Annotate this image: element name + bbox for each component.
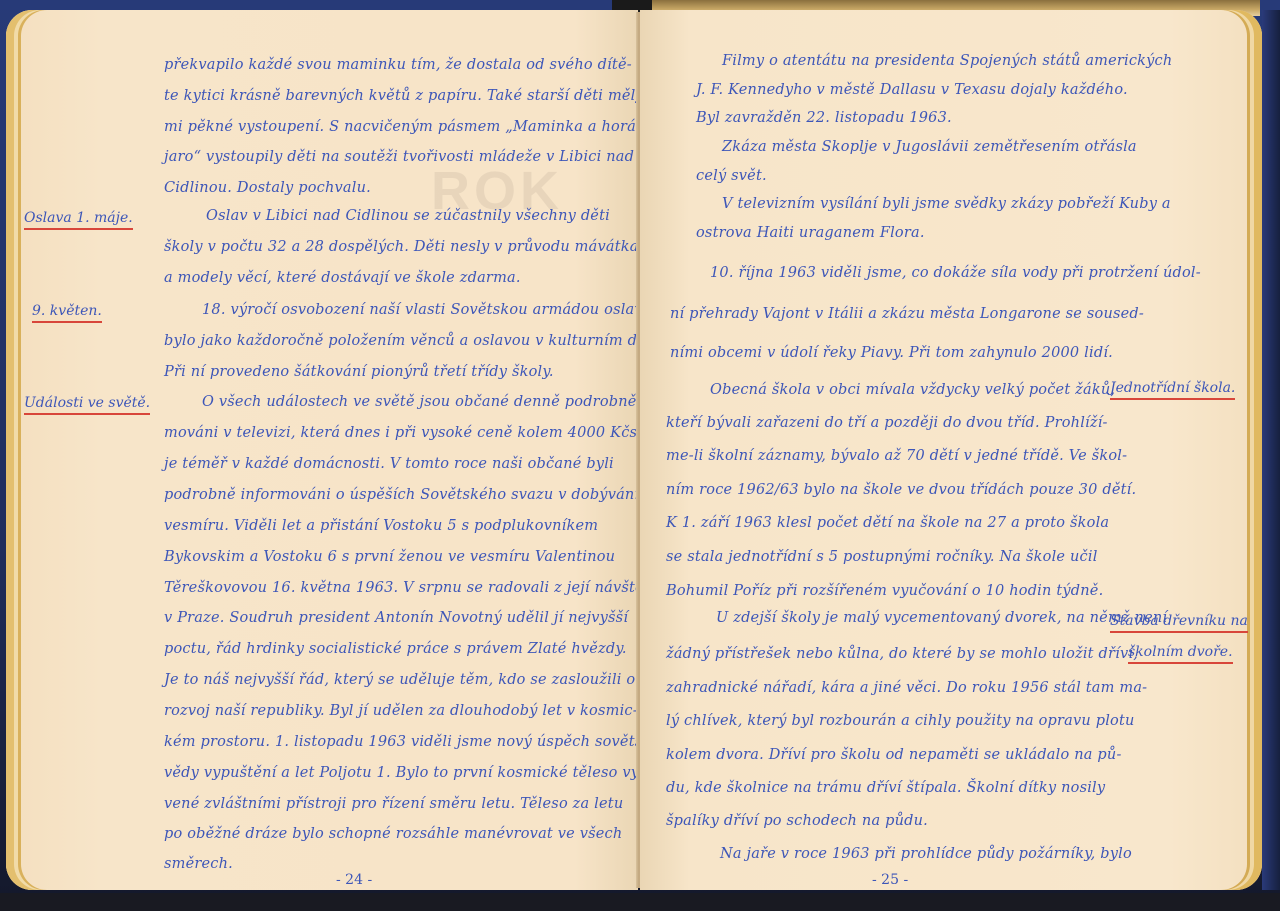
- text-line: Zkáza města Skoplje v Jugoslávii zemětře…: [722, 139, 1137, 155]
- text-line: lý chlívek, který byl rozbourán a cihly …: [666, 713, 1135, 729]
- text-line: poctu, řád hrdinky socialistické práce s…: [164, 641, 627, 657]
- text-line: kteří bývali zařazeni do tří a později d…: [666, 415, 1108, 431]
- text-line: Při ní provedeno šátkování pionýrů třetí…: [164, 364, 554, 380]
- margin-note-stavba-drevniku: Stavba dřevníku na: [1110, 613, 1248, 633]
- page-number: - 25 -: [872, 872, 908, 888]
- text-line: ní přehrady Vajont v Itálii a zkázu měst…: [670, 306, 1144, 322]
- text-line: rozvoj naší republiky. Byl jí udělen za …: [164, 703, 638, 719]
- text-line: V televizním vysílání byli jsme svědky z…: [722, 196, 1171, 212]
- text-line: mi pěkné vystoupení. S nacvičeným pásmem…: [164, 119, 662, 135]
- margin-note-udalosti-ve-svete: Události ve světě.: [24, 395, 150, 415]
- text-line: překvapilo každé svou maminku tím, že do…: [164, 57, 632, 73]
- text-line: ostrova Haiti uraganem Flora.: [696, 225, 925, 241]
- margin-note-oslava-1-maje: Oslava 1. máje.: [24, 210, 133, 230]
- text-line: vené zvláštními přístroji pro řízení smě…: [164, 796, 623, 812]
- text-line: Bykovskim a Vostoku 6 s první ženou ve v…: [164, 549, 615, 565]
- cover-right-edge: [1262, 10, 1280, 890]
- margin-note-skolnim-dvore: školním dvoře.: [1128, 644, 1233, 664]
- text-line: podrobně informováni o úspěších Sovětské…: [164, 487, 639, 503]
- text-line: Obecná škola v obci mívala vždycky velký…: [710, 382, 1115, 398]
- text-line: žádný přístřešek nebo kůlna, do které by…: [666, 646, 1138, 662]
- text-line: K 1. září 1963 klesl počet dětí na škole…: [666, 515, 1109, 531]
- margin-note-9-kveten: 9. květen.: [32, 303, 102, 323]
- text-line: te kytici krásně barevných květů z papír…: [164, 88, 676, 104]
- text-line: se stala jednotřídní s 5 postupnými ročn…: [666, 549, 1098, 565]
- text-line: v Praze. Soudruh president Antonín Novot…: [164, 610, 628, 626]
- text-line: Byl zavražděn 22. listopadu 1963.: [696, 110, 952, 126]
- text-line: O všech událostech ve světě jsou občané …: [202, 394, 682, 410]
- text-line: bylo jako každoročně položením věnců a o…: [164, 333, 674, 349]
- left-page: ROK Oslava 1. máje. 9. květen. Události …: [6, 10, 638, 890]
- text-line: po oběžné dráze bylo schopné rozsáhle ma…: [164, 826, 622, 842]
- right-page: Filmy o atentátu na presidenta Spojených…: [640, 10, 1262, 890]
- cover-bottom-edge: [0, 893, 1280, 911]
- text-line: Na jaře v roce 1963 při prohlídce půdy p…: [720, 846, 1132, 862]
- text-line: U zdejší školy je malý vycementovaný dvo…: [716, 610, 1167, 626]
- text-line: školy v počtu 32 a 28 dospělých. Děti ne…: [164, 239, 639, 255]
- margin-note-jednotridni-skola: Jednotřídní škola.: [1110, 380, 1235, 400]
- text-line: 18. výročí osvobození naší vlasti Sověts…: [202, 302, 670, 318]
- text-line: kém prostoru. 1. listopadu 1963 viděli j…: [164, 734, 660, 750]
- text-line: J. F. Kennedyho v městě Dallasu v Texasu…: [696, 82, 1128, 98]
- text-line: 10. října 1963 viděli jsme, co dokáže sí…: [710, 265, 1201, 281]
- text-line: me-li školní záznamy, bývalo až 70 dětí …: [666, 448, 1127, 464]
- text-line: ními obcemi v údolí řeky Piavy. Při tom …: [670, 345, 1113, 361]
- text-line: Oslav v Libici nad Cidlinou se zúčastnil…: [206, 208, 610, 224]
- text-line: Bohumil Poříz při rozšířeném vyučování o…: [666, 583, 1103, 599]
- text-line: ním roce 1962/63 bylo na škole ve dvou t…: [666, 482, 1136, 498]
- text-line: je téměř v každé domácnosti. V tomto roc…: [164, 456, 614, 472]
- text-line: špalíky dříví po schodech na půdu.: [666, 813, 928, 829]
- page-number: - 24 -: [336, 872, 372, 888]
- text-line: zahradnické nářadí, kára a jiné věci. Do…: [666, 680, 1147, 696]
- text-line: vědy vypuštění a let Poljotu 1. Bylo to …: [164, 765, 663, 781]
- text-line: Těreškovovou 16. května 1963. V srpnu se…: [164, 580, 661, 596]
- text-line: Cidlinou. Dostaly pochvalu.: [164, 180, 371, 196]
- text-line: celý svět.: [696, 168, 767, 184]
- text-line: vesmíru. Viděli let a přistání Vostoku 5…: [164, 518, 598, 534]
- text-line: mováni v televizi, která dnes i při vyso…: [164, 425, 637, 441]
- text-line: Je to náš nejvyšší řád, který se uděluje…: [164, 672, 635, 688]
- text-line: jaro“ vystoupily děti na soutěži tvořivo…: [164, 149, 634, 165]
- text-line: du, kde školnice na trámu dříví štípala.…: [666, 780, 1105, 796]
- text-line: Filmy o atentátu na presidenta Spojených…: [722, 53, 1172, 69]
- text-line: kolem dvora. Dříví pro školu od nepaměti…: [666, 747, 1122, 763]
- text-line: směrech.: [164, 856, 233, 872]
- text-line: a modely věcí, které dostávají ve škole …: [164, 270, 521, 286]
